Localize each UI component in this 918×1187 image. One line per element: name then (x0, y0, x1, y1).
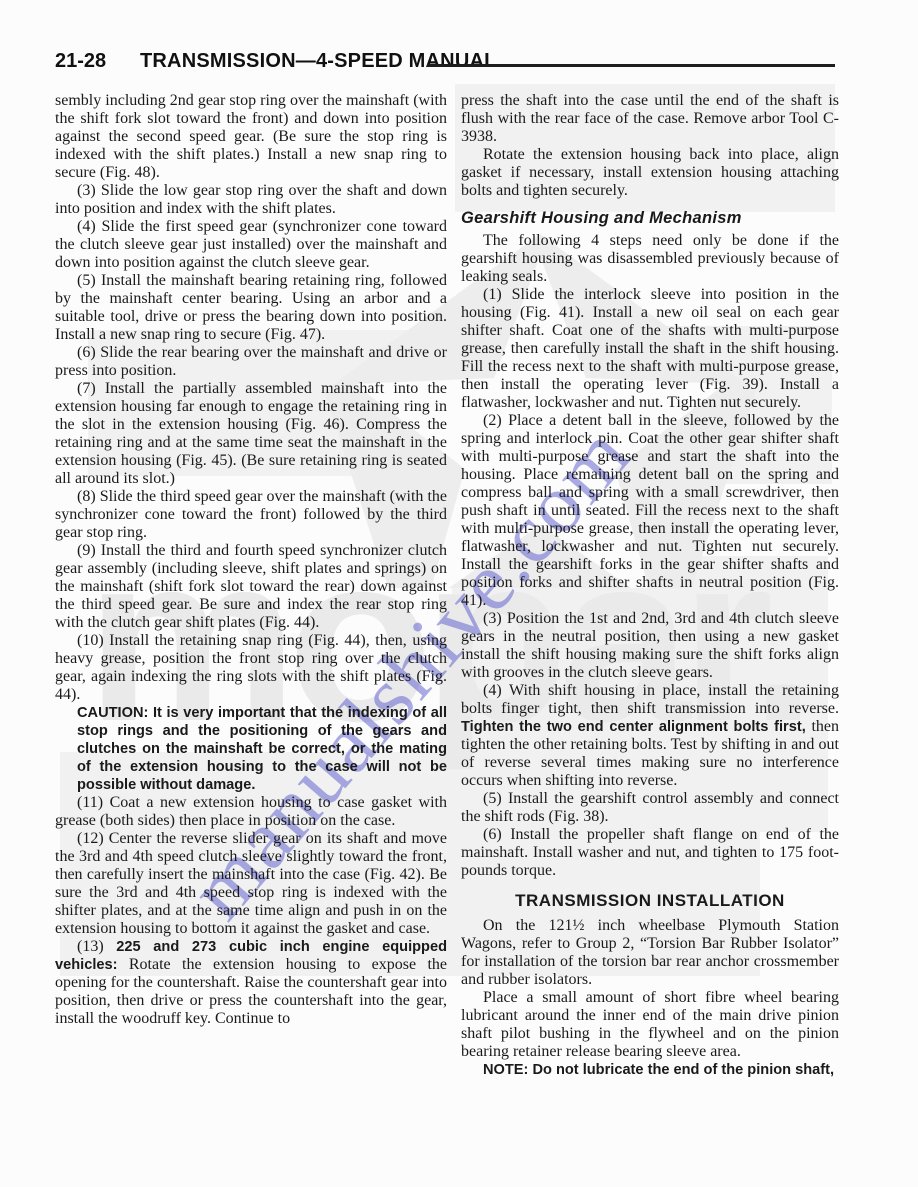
paragraph: (2) Place a detent ball in the sleeve, f… (461, 412, 839, 610)
text-run: Gearshift Housing and Mechanism (461, 209, 742, 227)
paragraph: sembly including 2nd gear stop ring over… (55, 92, 447, 182)
text-run: (6) Slide the rear bearing over the main… (55, 344, 447, 379)
text-run: (2) Place a detent ball in the sleeve, f… (461, 412, 839, 609)
page-header: 21-28 TRANSMISSION—4-SPEED MANUAL (0, 50, 918, 80)
text-run: Tighten the two end center alignment bol… (461, 719, 806, 735)
paragraph: (13) 225 and 273 cubic inch engine equip… (55, 938, 447, 1028)
manual-page: mopar. manualshive.com 21-28 TRANSMISSIO… (0, 0, 918, 1187)
text-run: (4) With shift housing in place, install… (461, 682, 839, 717)
text-run: (3) Slide the low gear stop ring over th… (55, 182, 447, 217)
paragraph: (10) Install the retaining snap ring (Fi… (55, 632, 447, 704)
right-column: press the shaft into the case until the … (461, 92, 839, 1079)
paragraph: (12) Center the reverse slider gear on i… (55, 830, 447, 938)
paragraph: (3) Slide the low gear stop ring over th… (55, 182, 447, 218)
paragraph: (1) Slide the interlock sleeve into posi… (461, 286, 839, 412)
paragraph: (5) Install the gearshift control assemb… (461, 790, 839, 826)
left-column: sembly including 2nd gear stop ring over… (55, 92, 447, 1028)
text-run: press the shaft into the case until the … (461, 92, 839, 145)
paragraph: (7) Install the partially assembled main… (55, 380, 447, 488)
text-run: (8) Slide the third speed gear over the … (55, 488, 447, 541)
text-run: Rotate the extension housing back into p… (461, 146, 839, 199)
text-run: (7) Install the partially assembled main… (55, 380, 447, 487)
text-run: The following 4 steps need only be done … (461, 232, 839, 285)
paragraph: (11) Coat a new extension housing to cas… (55, 794, 447, 830)
paragraph: Place a small amount of short fibre whee… (461, 989, 839, 1061)
paragraph: (9) Install the third and fourth speed s… (55, 542, 447, 632)
text-run: (5) Install the gearshift control assemb… (461, 790, 839, 825)
text-run: CAUTION: It is very important that the i… (77, 705, 447, 793)
paragraph: (5) Install the mainshaft bearing retain… (55, 272, 447, 344)
paragraph: CAUTION: It is very important that the i… (55, 704, 447, 794)
text-run: (9) Install the third and fourth speed s… (55, 542, 447, 631)
text-run: (4) Slide the first speed gear (synchron… (55, 218, 447, 271)
paragraph: (6) Slide the rear bearing over the main… (55, 344, 447, 380)
text-run: Place a small amount of short fibre whee… (461, 989, 839, 1060)
text-run: NOTE: Do not lubricate the end of the pi… (483, 1062, 834, 1078)
section-heading: Gearshift Housing and Mechanism (461, 209, 839, 227)
paragraph: On the 121½ inch wheelbase Plymouth Stat… (461, 917, 839, 989)
paragraph: (4) Slide the first speed gear (synchron… (55, 218, 447, 272)
text-run: (1) Slide the interlock sleeve into posi… (461, 286, 839, 411)
paragraph: press the shaft into the case until the … (461, 92, 839, 146)
text-run: (5) Install the mainshaft bearing retain… (55, 272, 447, 343)
page-title: TRANSMISSION—4-SPEED MANUAL (140, 50, 497, 73)
paragraph: Rotate the extension housing back into p… (461, 146, 839, 200)
text-run: sembly including 2nd gear stop ring over… (55, 92, 447, 181)
paragraph: (3) Position the 1st and 2nd, 3rd and 4t… (461, 610, 839, 682)
text-run: (12) Center the reverse slider gear on i… (55, 830, 447, 937)
paragraph: NOTE: Do not lubricate the end of the pi… (461, 1061, 839, 1079)
text-run: On the 121½ inch wheelbase Plymouth Stat… (461, 917, 839, 988)
paragraph: The following 4 steps need only be done … (461, 232, 839, 286)
paragraph: (6) Install the propeller shaft flange o… (461, 826, 839, 880)
text-run: (6) Install the propeller shaft flange o… (461, 826, 839, 879)
section-heading: TRANSMISSION INSTALLATION (461, 892, 839, 910)
paragraph: (8) Slide the third speed gear over the … (55, 488, 447, 542)
text-run: (11) Coat a new extension housing to cas… (55, 794, 447, 829)
page-number: 21-28 (55, 50, 106, 73)
text-run: (13) (77, 938, 116, 955)
text-run: (10) Install the retaining snap ring (Fi… (55, 632, 447, 703)
text-run: (3) Position the 1st and 2nd, 3rd and 4t… (461, 610, 839, 681)
paragraph: (4) With shift housing in place, install… (461, 682, 839, 790)
header-rule (427, 64, 835, 67)
text-run: TRANSMISSION INSTALLATION (515, 891, 785, 910)
